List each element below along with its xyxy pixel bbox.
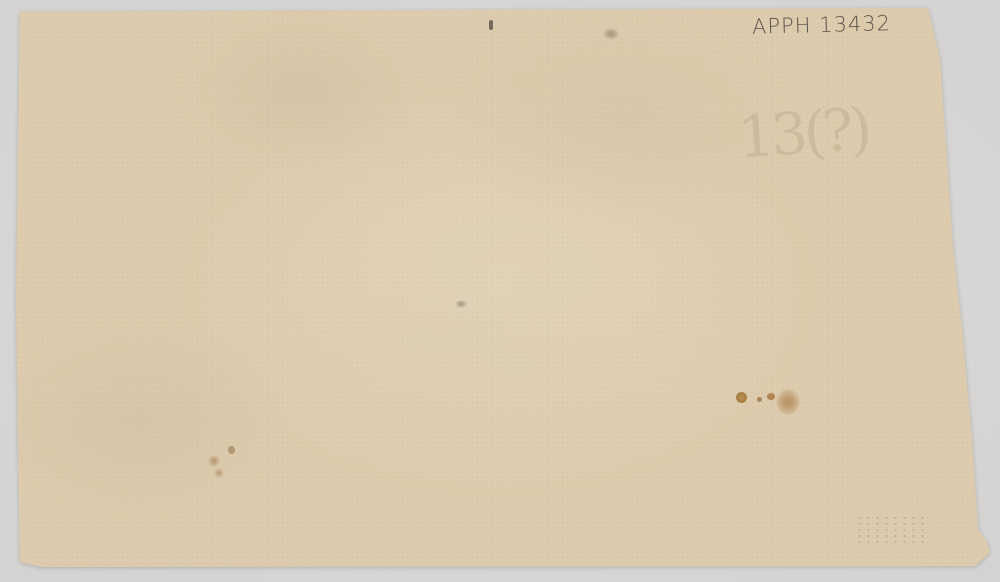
foxing-stain — [767, 393, 775, 400]
foxing-stain — [214, 468, 224, 478]
foxing-stain — [736, 392, 747, 403]
smudge — [455, 300, 467, 308]
dirt-specks — [855, 515, 925, 545]
paper-sheet-container — [0, 0, 1000, 582]
smudge — [603, 28, 619, 40]
inventory-number-inscription: APPH 13432 — [752, 11, 892, 39]
paper-texture — [0, 0, 1000, 582]
foxing-stain — [208, 455, 220, 467]
foxing-stain — [228, 446, 235, 454]
foxing-stain — [757, 397, 762, 402]
paper-sheet — [0, 0, 1000, 582]
faint-pencil-mark: 13(?) — [735, 88, 846, 180]
ink-mark — [489, 20, 493, 30]
foxing-stain — [776, 389, 800, 415]
